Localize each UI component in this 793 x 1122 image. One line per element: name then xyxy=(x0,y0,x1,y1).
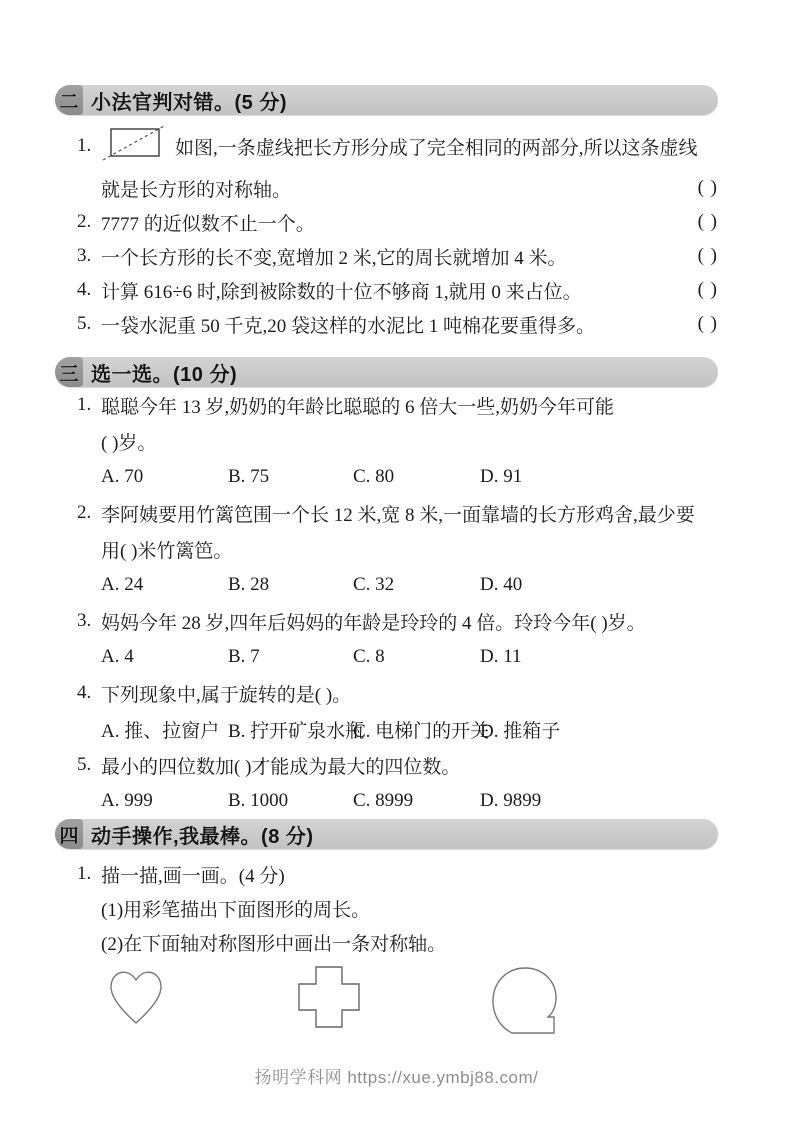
question-number: 1. xyxy=(77,863,101,885)
option-a: A. 24 xyxy=(101,574,228,596)
option-a: A. 70 xyxy=(101,466,228,488)
section-handson-badge: 四 xyxy=(55,819,83,849)
question-text: 就是长方形的对称轴。 xyxy=(101,175,698,202)
option-d: D. 91 xyxy=(480,466,718,488)
handson-subquestion-1: 1. 描一描,画一画。(4 分) xyxy=(55,857,718,891)
step-text: (1)用彩笔描出下面图形的周长。 xyxy=(101,895,370,922)
option-c: C. 80 xyxy=(353,466,480,488)
question-text: 计算 616÷6 时,除到被除数的十位不够商 1,就用 0 来占位。 xyxy=(101,277,698,304)
question-text: 描一描,画一画。(4 分) xyxy=(101,861,285,888)
question-text: 一个长方形的长不变,宽增加 2 米,它的周长就增加 4 米。 xyxy=(101,243,698,270)
option-b: B. 1000 xyxy=(228,790,353,812)
choice-question-1-line2: ( )岁。 xyxy=(55,423,718,459)
question-number: 5. xyxy=(77,313,101,335)
option-b: B. 拧开矿泉水瓶 xyxy=(228,716,353,743)
question-text: 用( )米竹篱笆。 xyxy=(101,536,232,563)
question-number: 1. xyxy=(77,394,101,416)
option-b: B. 75 xyxy=(228,466,353,488)
choice-question-2-line2: 用( )米竹篱笆。 xyxy=(55,531,718,567)
question-number: 4. xyxy=(77,279,101,301)
question-text: 最小的四位数加( )才能成为最大的四位数。 xyxy=(101,752,460,779)
section-judge-badge: 二 xyxy=(55,85,83,115)
judge-question-1-line1: 1. 如图,一条虚线把长方形分成了完全相同的两部分,所以这条虚线 xyxy=(55,121,718,171)
choice-question-1-options: A. 70 B. 75 C. 80 D. 91 xyxy=(101,459,718,495)
choice-question-3-options: A. 4 B. 7 C. 8 D. 11 xyxy=(101,639,718,675)
question-text: 李阿姨要用竹篱笆围一个长 12 米,宽 8 米,一面靠墙的长方形鸡舍,最少要 xyxy=(101,500,695,527)
shapes-row xyxy=(55,965,718,1035)
question-text: 一袋水泥重 50 千克,20 袋这样的水泥比 1 吨棉花要重得多。 xyxy=(101,311,698,338)
judge-question-5: 5. 一袋水泥重 50 千克,20 袋这样的水泥比 1 吨棉花要重得多。 ( ) xyxy=(55,307,718,341)
handson-step-1: (1)用彩笔描出下面图形的周长。 xyxy=(55,891,718,925)
option-d: D. 11 xyxy=(480,646,718,668)
question-number: 4. xyxy=(77,682,101,704)
question-number: 3. xyxy=(77,610,101,632)
cross-shape[interactable] xyxy=(297,965,361,1029)
option-d: D. 推箱子 xyxy=(480,716,718,743)
question-text: ( )岁。 xyxy=(101,428,156,455)
question-text: 妈妈今年 28 岁,四年后妈妈的年龄是玲玲的 4 倍。玲玲今年( )岁。 xyxy=(101,608,646,635)
judge-question-3: 3. 一个长方形的长不变,宽增加 2 米,它的周长就增加 4 米。 ( ) xyxy=(55,239,718,273)
step-text: (2)在下面轴对称图形中画出一条对称轴。 xyxy=(101,929,446,956)
judge-question-2: 2. 7777 的近似数不止一个。 ( ) xyxy=(55,205,718,239)
question-number: 5. xyxy=(77,754,101,776)
option-c: C. 8 xyxy=(353,646,480,668)
watermark-text: 扬明学科网 https://xue.ymbj88.com/ xyxy=(255,1068,539,1087)
answer-blank[interactable]: ( ) xyxy=(698,177,718,199)
answer-blank[interactable]: ( ) xyxy=(698,279,718,301)
question-text: 7777 的近似数不止一个。 xyxy=(101,209,698,236)
question-number: 3. xyxy=(77,245,101,267)
section-judge-header: 二 小法官判对错。(5 分) xyxy=(55,85,718,115)
question-number: 1. xyxy=(77,135,101,157)
choice-question-3-line1: 3. 妈妈今年 28 岁,四年后妈妈的年龄是玲玲的 4 倍。玲玲今年( )岁。 xyxy=(55,603,718,639)
option-c: C. 32 xyxy=(353,574,480,596)
option-d: D. 40 xyxy=(480,574,718,596)
circle-notch-shape[interactable] xyxy=(490,965,562,1035)
section-judge-title: 小法官判对错。(5 分) xyxy=(91,86,287,115)
question-number: 2. xyxy=(77,211,101,233)
option-b: B. 7 xyxy=(228,646,353,668)
section-choice-badge: 三 xyxy=(55,357,83,387)
question-text: 如图,一条虚线把长方形分成了完全相同的两部分,所以这条虚线 xyxy=(175,133,698,160)
choice-question-4-line1: 4. 下列现象中,属于旋转的是( )。 xyxy=(55,675,718,711)
choice-question-4-options: A. 推、拉窗户 B. 拧开矿泉水瓶 C. 电梯门的开关 D. 推箱子 xyxy=(101,711,718,747)
answer-blank[interactable]: ( ) xyxy=(698,313,718,335)
choice-question-2-options: A. 24 B. 28 C. 32 D. 40 xyxy=(101,567,718,603)
option-a: A. 999 xyxy=(101,790,228,812)
choice-question-5-options: A. 999 B. 1000 C. 8999 D. 9899 xyxy=(101,783,718,819)
judge-question-1-line2: 就是长方形的对称轴。 ( ) xyxy=(55,171,718,205)
answer-blank[interactable]: ( ) xyxy=(698,245,718,267)
choice-question-1-line1: 1. 聪聪今年 13 岁,奶奶的年龄比聪聪的 6 倍大一些,奶奶今年可能 xyxy=(55,387,718,423)
option-c: C. 8999 xyxy=(353,790,480,812)
choice-question-5-line1: 5. 最小的四位数加( )才能成为最大的四位数。 xyxy=(55,747,718,783)
handson-step-2: (2)在下面轴对称图形中画出一条对称轴。 xyxy=(55,925,718,959)
section-choice-title: 选一选。(10 分) xyxy=(91,358,237,387)
rectangle-diagonal-figure xyxy=(101,121,167,171)
option-a: A. 推、拉窗户 xyxy=(101,716,228,743)
option-a: A. 4 xyxy=(101,646,228,668)
section-handson-header: 四 动手操作,我最棒。(8 分) xyxy=(55,819,718,849)
option-d: D. 9899 xyxy=(480,790,718,812)
section-choice-header: 三 选一选。(10 分) xyxy=(55,357,718,387)
question-number: 2. xyxy=(77,502,101,524)
test-paper-page: 二 小法官判对错。(5 分) 1. 如图,一条虚线把长方形分成了完全相同的两部分… xyxy=(0,0,793,1035)
watermark-footer: 扬明学科网 https://xue.ymbj88.com/ xyxy=(0,1063,793,1088)
choice-question-2-line1: 2. 李阿姨要用竹篱笆围一个长 12 米,宽 8 米,一面靠墙的长方形鸡舍,最少… xyxy=(55,495,718,531)
judge-question-4: 4. 计算 616÷6 时,除到被除数的十位不够商 1,就用 0 来占位。 ( … xyxy=(55,273,718,307)
question-text: 聪聪今年 13 岁,奶奶的年龄比聪聪的 6 倍大一些,奶奶今年可能 xyxy=(101,392,614,419)
option-c: C. 电梯门的开关 xyxy=(353,716,480,743)
section-handson-title: 动手操作,我最棒。(8 分) xyxy=(91,820,314,849)
question-text: 下列现象中,属于旋转的是( )。 xyxy=(101,680,351,707)
answer-blank[interactable]: ( ) xyxy=(698,211,718,233)
option-b: B. 28 xyxy=(228,574,353,596)
heart-shape[interactable] xyxy=(104,965,168,1027)
